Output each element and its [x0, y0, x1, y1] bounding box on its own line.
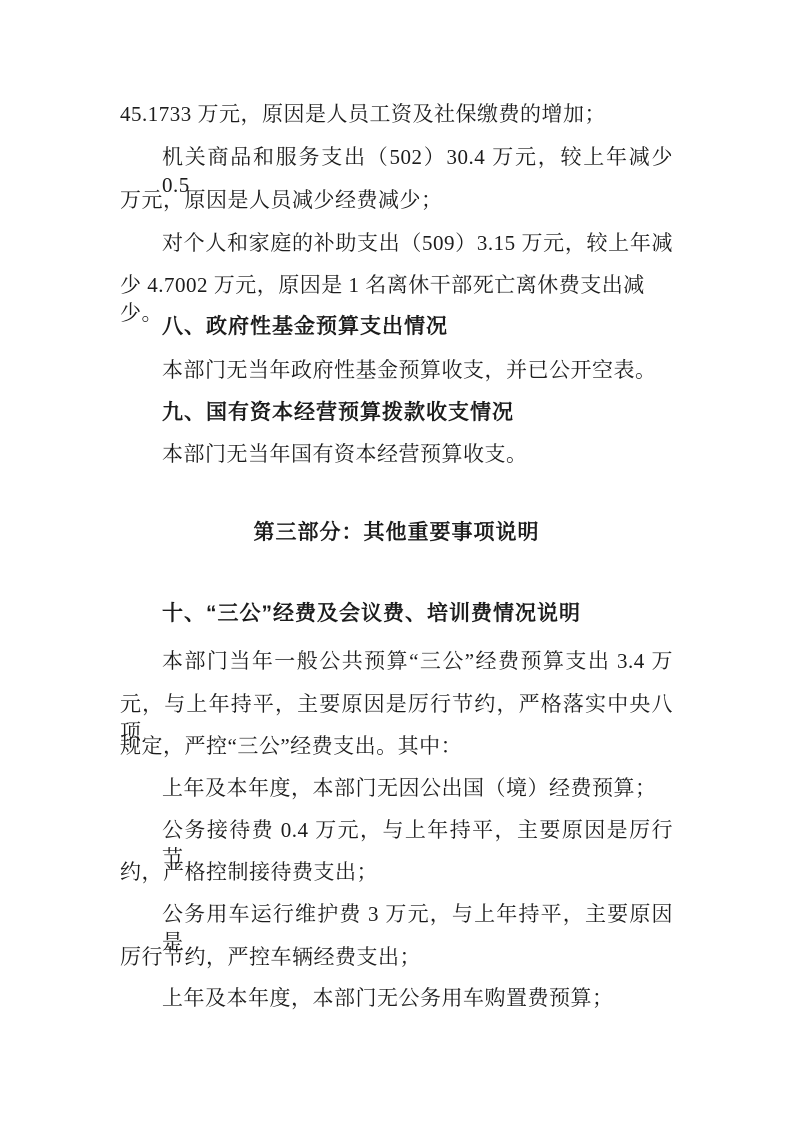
document-page: 45.1733 万元，原因是人员工资及社保缴费的增加； 机关商品和服务支出（50… — [0, 0, 793, 1122]
body-line-vehicle-end: 厉行节约，严控车辆经费支出； — [120, 943, 673, 971]
body-line-sangong-3: 规定，严控“三公”经费支出。其中： — [120, 732, 673, 760]
body-line-abroad-budget: 上年及本年度，本部门无因公出国（境）经费预算； — [120, 774, 673, 802]
body-line-gov-fund: 本部门无当年政府性基金预算收支，并已公开空表。 — [120, 356, 673, 384]
body-line-state-capital: 本部门无当年国有资本经营预算收支。 — [120, 440, 673, 468]
part-three-title: 第三部分：其他重要事项说明 — [120, 519, 673, 547]
section-heading-nine: 九、国有资本经营预算拨款收支情况 — [120, 398, 673, 426]
body-line-reception-fee-end: 约，严格控制接待费支出； — [120, 858, 673, 886]
body-line-continuation: 45.1733 万元，原因是人员工资及社保缴费的增加； — [120, 100, 673, 128]
body-line-individual-subsidy: 对个人和家庭的补助支出（509）3.15 万元，较上年减 — [120, 229, 673, 257]
body-line-vehicle-purchase: 上年及本年度，本部门无公务用车购置费预算； — [120, 984, 673, 1012]
body-line-sangong-1: 本部门当年一般公共预算“三公”经费预算支出 3.4 万 — [120, 647, 673, 675]
body-line-goods-services-end: 万元，原因是人员减少经费减少； — [120, 186, 673, 214]
section-heading-eight: 八、政府性基金预算支出情况 — [120, 313, 673, 341]
section-heading-ten: 十、“三公”经费及会议费、培训费情况说明 — [120, 600, 673, 628]
